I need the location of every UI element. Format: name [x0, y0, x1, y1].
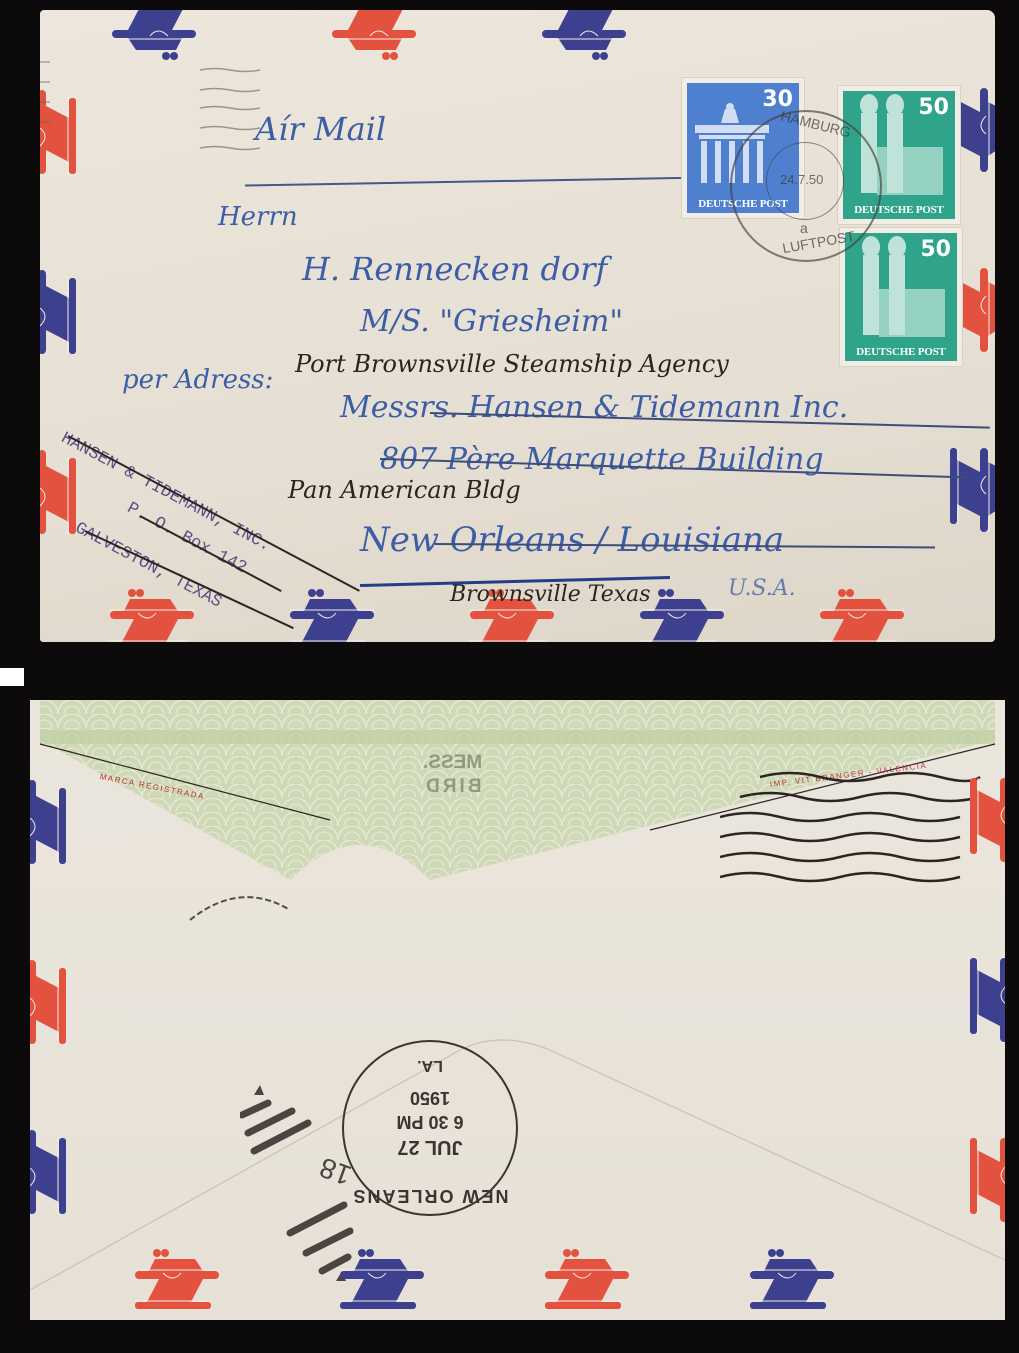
airplane-icon [962, 1128, 1005, 1224]
recipient-name: H. Rennecken dorf [302, 250, 607, 288]
address-line-1: Messrs. Hansen & Tidemann Inc. [340, 390, 848, 425]
address-line-3: New Orleans / Louisiana [360, 520, 784, 560]
airplane-icon [30, 958, 74, 1054]
redirect-building: Pan American Bldg [288, 476, 521, 504]
envelope-fold-lines [30, 700, 1005, 1320]
airplane-icon [280, 585, 376, 642]
envelope-back: MESS. BIRD MARCA REGISTRADA IMP. VIT BRA… [30, 700, 1005, 1320]
machine-cancel-lines-left [40, 50, 60, 140]
airplane-icon [962, 948, 1005, 1044]
postage-stamp-50-bottom: 50 DEUTSCHE POST [840, 228, 962, 366]
postmark-code: a [800, 220, 808, 236]
salutation: Herrn [218, 202, 298, 232]
ship-name: M/S. "Griesheim" [360, 304, 623, 339]
airplane-icon [962, 768, 1005, 864]
stamp-value: 50 [918, 95, 949, 120]
airplane-icon [125, 1245, 221, 1317]
airplane-icon [40, 268, 84, 364]
airplane-icon [330, 10, 426, 64]
airplane-icon [540, 10, 636, 64]
airplane-icon [330, 1245, 426, 1317]
postmark-state: LA. [344, 1056, 516, 1074]
stamp-value: 50 [920, 237, 951, 262]
airplane-icon [740, 1245, 836, 1317]
airplane-icon [942, 438, 995, 534]
airplane-icon [30, 1128, 74, 1224]
scan-edge [0, 668, 24, 686]
forwarding-agent: Port Brownsville Steamship Agency [295, 350, 729, 378]
hamburg-postmark: HAMBURG 24.7.50 a LUFTPOST [730, 110, 882, 262]
stamp-issuer: DEUTSCHE POST [845, 346, 957, 358]
address-line-4: U.S.A. [728, 576, 796, 601]
postmark-date: 24.7.50 [780, 172, 823, 187]
airplane-icon [535, 1245, 631, 1317]
redirect-city: Brownsville Texas [450, 582, 651, 607]
airplane-icon [810, 585, 906, 642]
envelope-front: Aír Mail Herrn H. Rennecken dorf M/S. "G… [40, 10, 995, 642]
care-of-label: per Adress: [122, 365, 273, 395]
airplane-icon [30, 778, 74, 874]
strikethrough [68, 435, 360, 592]
airmail-handwritten: Aír Mail [255, 110, 386, 148]
